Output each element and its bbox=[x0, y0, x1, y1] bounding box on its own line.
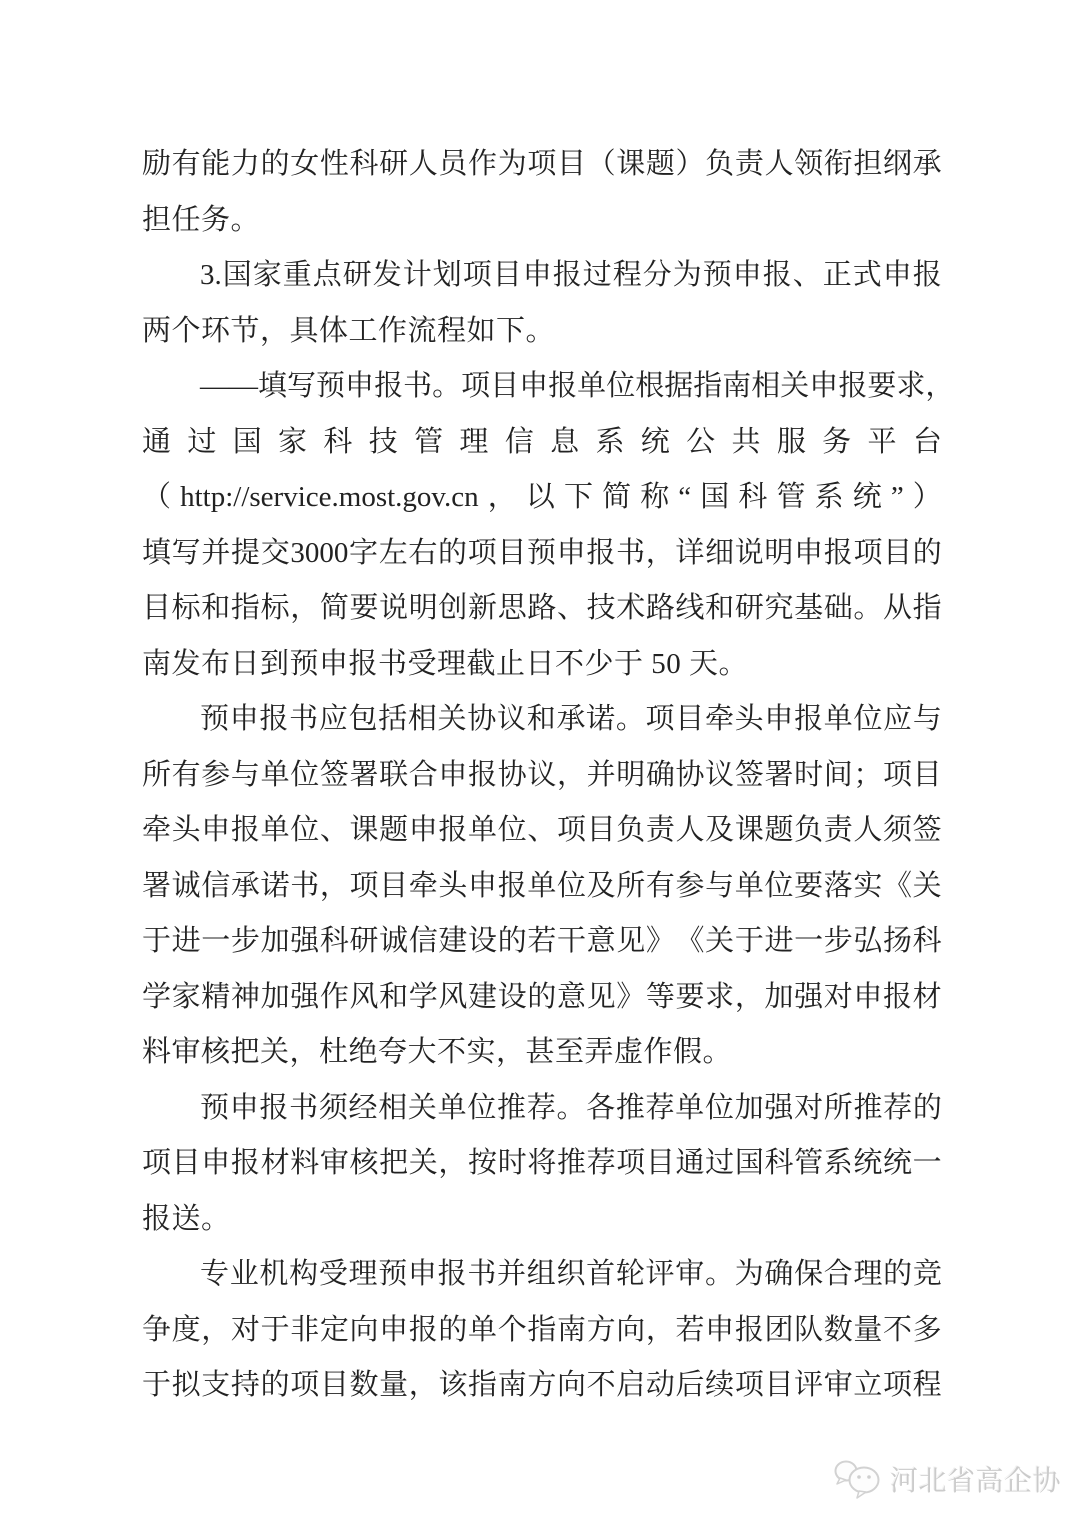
text-line: 预申报书应包括相关协议和承诺。项目牵头申报单位应与 bbox=[142, 692, 942, 748]
text-line: 牵头申报单位、课题申报单位、项目负责人及课题负责人须签 bbox=[142, 803, 942, 859]
text-line: 学家精神加强作风和学风建设的意见》等要求，加强对申报材 bbox=[142, 970, 942, 1026]
document-body: 励有能力的女性科研人员作为项目（课题）负责人领衔担纲承担任务。3.国家重点研发计… bbox=[142, 137, 942, 1414]
text-line: 两个环节，具体工作流程如下。 bbox=[142, 304, 942, 360]
text-line: ——填写预申报书。项目申报单位根据指南相关申报要求， bbox=[142, 359, 942, 415]
text-line: 所有参与单位签署联合申报协议，并明确协议签署时间；项目 bbox=[142, 748, 942, 804]
document-page: 励有能力的女性科研人员作为项目（课题）负责人领衔担纲承担任务。3.国家重点研发计… bbox=[0, 0, 1080, 1528]
text-line: 南发布日到预申报书受理截止日不少于 50 天。 bbox=[142, 637, 942, 693]
text-line: 项目申报材料审核把关，按时将推荐项目通过国科管系统统一 bbox=[142, 1136, 942, 1192]
text-line: 3.国家重点研发计划项目申报过程分为预申报、正式申报 bbox=[142, 248, 942, 304]
text-line: 于进一步加强科研诚信建设的若干意见》《关于进一步弘扬科 bbox=[142, 914, 942, 970]
text-line: 署诚信承诺书，项目牵头申报单位及所有参与单位要落实《关 bbox=[142, 859, 942, 915]
wechat-icon bbox=[833, 1458, 883, 1500]
text-line: 于拟支持的项目数量，该指南方向不启动后续项目评审立项程 bbox=[142, 1358, 942, 1414]
text-line: 目标和指标，简要说明创新思路、技术路线和研究基础。从指 bbox=[142, 581, 942, 637]
text-line: 担任务。 bbox=[142, 193, 942, 249]
text-line: 专业机构受理预申报书并组织首轮评审。为确保合理的竞 bbox=[142, 1247, 942, 1303]
text-line: 争度，对于非定向申报的单个指南方向，若申报团队数量不多 bbox=[142, 1303, 942, 1359]
watermark: 河北省高企协 bbox=[833, 1458, 1061, 1500]
text-line: 填写并提交3000字左右的项目预申报书，详细说明申报项目的 bbox=[142, 526, 942, 582]
text-line: 料审核把关，杜绝夸大不实，甚至弄虚作假。 bbox=[142, 1025, 942, 1081]
text-line: 预申报书须经相关单位推荐。各推荐单位加强对所推荐的 bbox=[142, 1081, 942, 1137]
watermark-label: 河北省高企协 bbox=[890, 1459, 1061, 1499]
text-line: 励有能力的女性科研人员作为项目（课题）负责人领衔担纲承 bbox=[142, 137, 942, 193]
text-line: 报送。 bbox=[142, 1192, 942, 1248]
text-line: 通过国家科技管理信息系统公共服务平台 bbox=[142, 415, 942, 471]
text-line: （http://service.most.gov.cn，以下简称“国科管系统”） bbox=[142, 470, 942, 526]
